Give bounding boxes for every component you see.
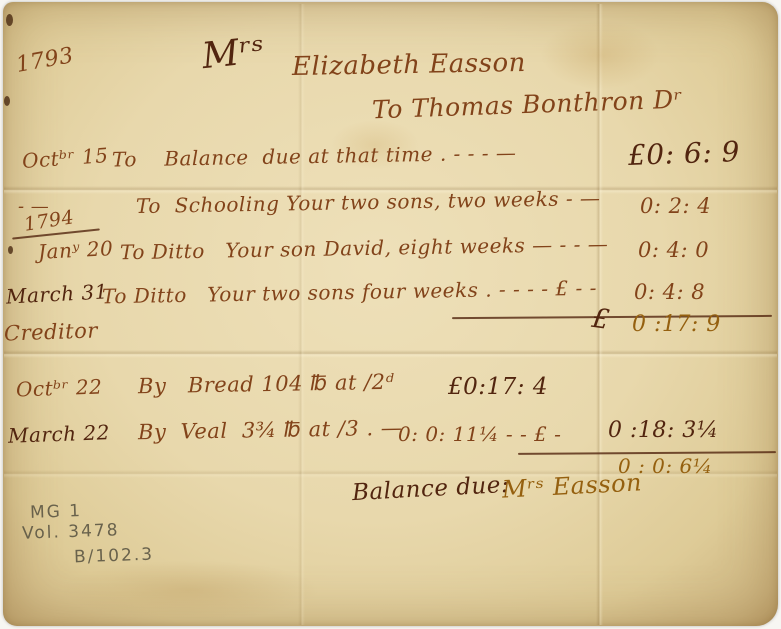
edge-speck: [6, 14, 13, 26]
ledger-row-desc: By Veal 3¾ ℔ at /3 . —: [138, 418, 403, 444]
ledger-row-amount: £0: 6: 9: [628, 138, 741, 170]
debit-total-amount: 0 :17: 9: [632, 314, 721, 336]
ledger-row-amount: 0: 2: 4: [640, 196, 711, 217]
ledger-row-amount: £0:17: 4: [448, 376, 548, 399]
ledger-row-desc: By Bread 104 ℔ at /2ᵈ: [138, 372, 395, 397]
ledger-row-date: March 22: [8, 422, 110, 446]
ledger-row-date: Octᵇʳ 15: [21, 145, 109, 171]
edge-speck: [4, 96, 10, 106]
scanned-document: 1793 Mʳˢ Elizabeth Easson To Thomas Bont…: [0, 0, 781, 629]
ledger-row-calc: 0: 0: 11¼ - - £ -: [398, 424, 561, 444]
addressee-name: Elizabeth Easson: [292, 50, 526, 80]
edge-speck: [8, 246, 13, 254]
ledger-row-amount: 0 :18: 3¼: [608, 420, 719, 442]
archival-mark: MG 1: [30, 501, 83, 523]
ledger-row-desc: To Balance due at that time . - - - —: [112, 142, 517, 169]
fold-crease-horizontal: [4, 350, 777, 358]
fold-crease-vertical: [298, 4, 305, 625]
ledger-row-amount: 0: 4: 0: [638, 240, 709, 261]
addressee-honorific: Mʳˢ: [200, 33, 266, 75]
archival-mark: B/102.3: [74, 545, 155, 568]
ledger-row-date: March 31: [6, 281, 109, 306]
archival-mark: Vol. 3478: [22, 520, 120, 543]
ledger-row-amount: 0: 4: 8: [634, 282, 705, 303]
ledger-row-date: Janʸ 20: [38, 238, 114, 262]
creditor-label: Creditor: [4, 320, 99, 344]
balance-name: Mʳˢ Easson: [501, 470, 642, 501]
ledger-row-date: Octᵇʳ 22: [16, 376, 103, 399]
pound-symbol: £: [590, 305, 611, 334]
